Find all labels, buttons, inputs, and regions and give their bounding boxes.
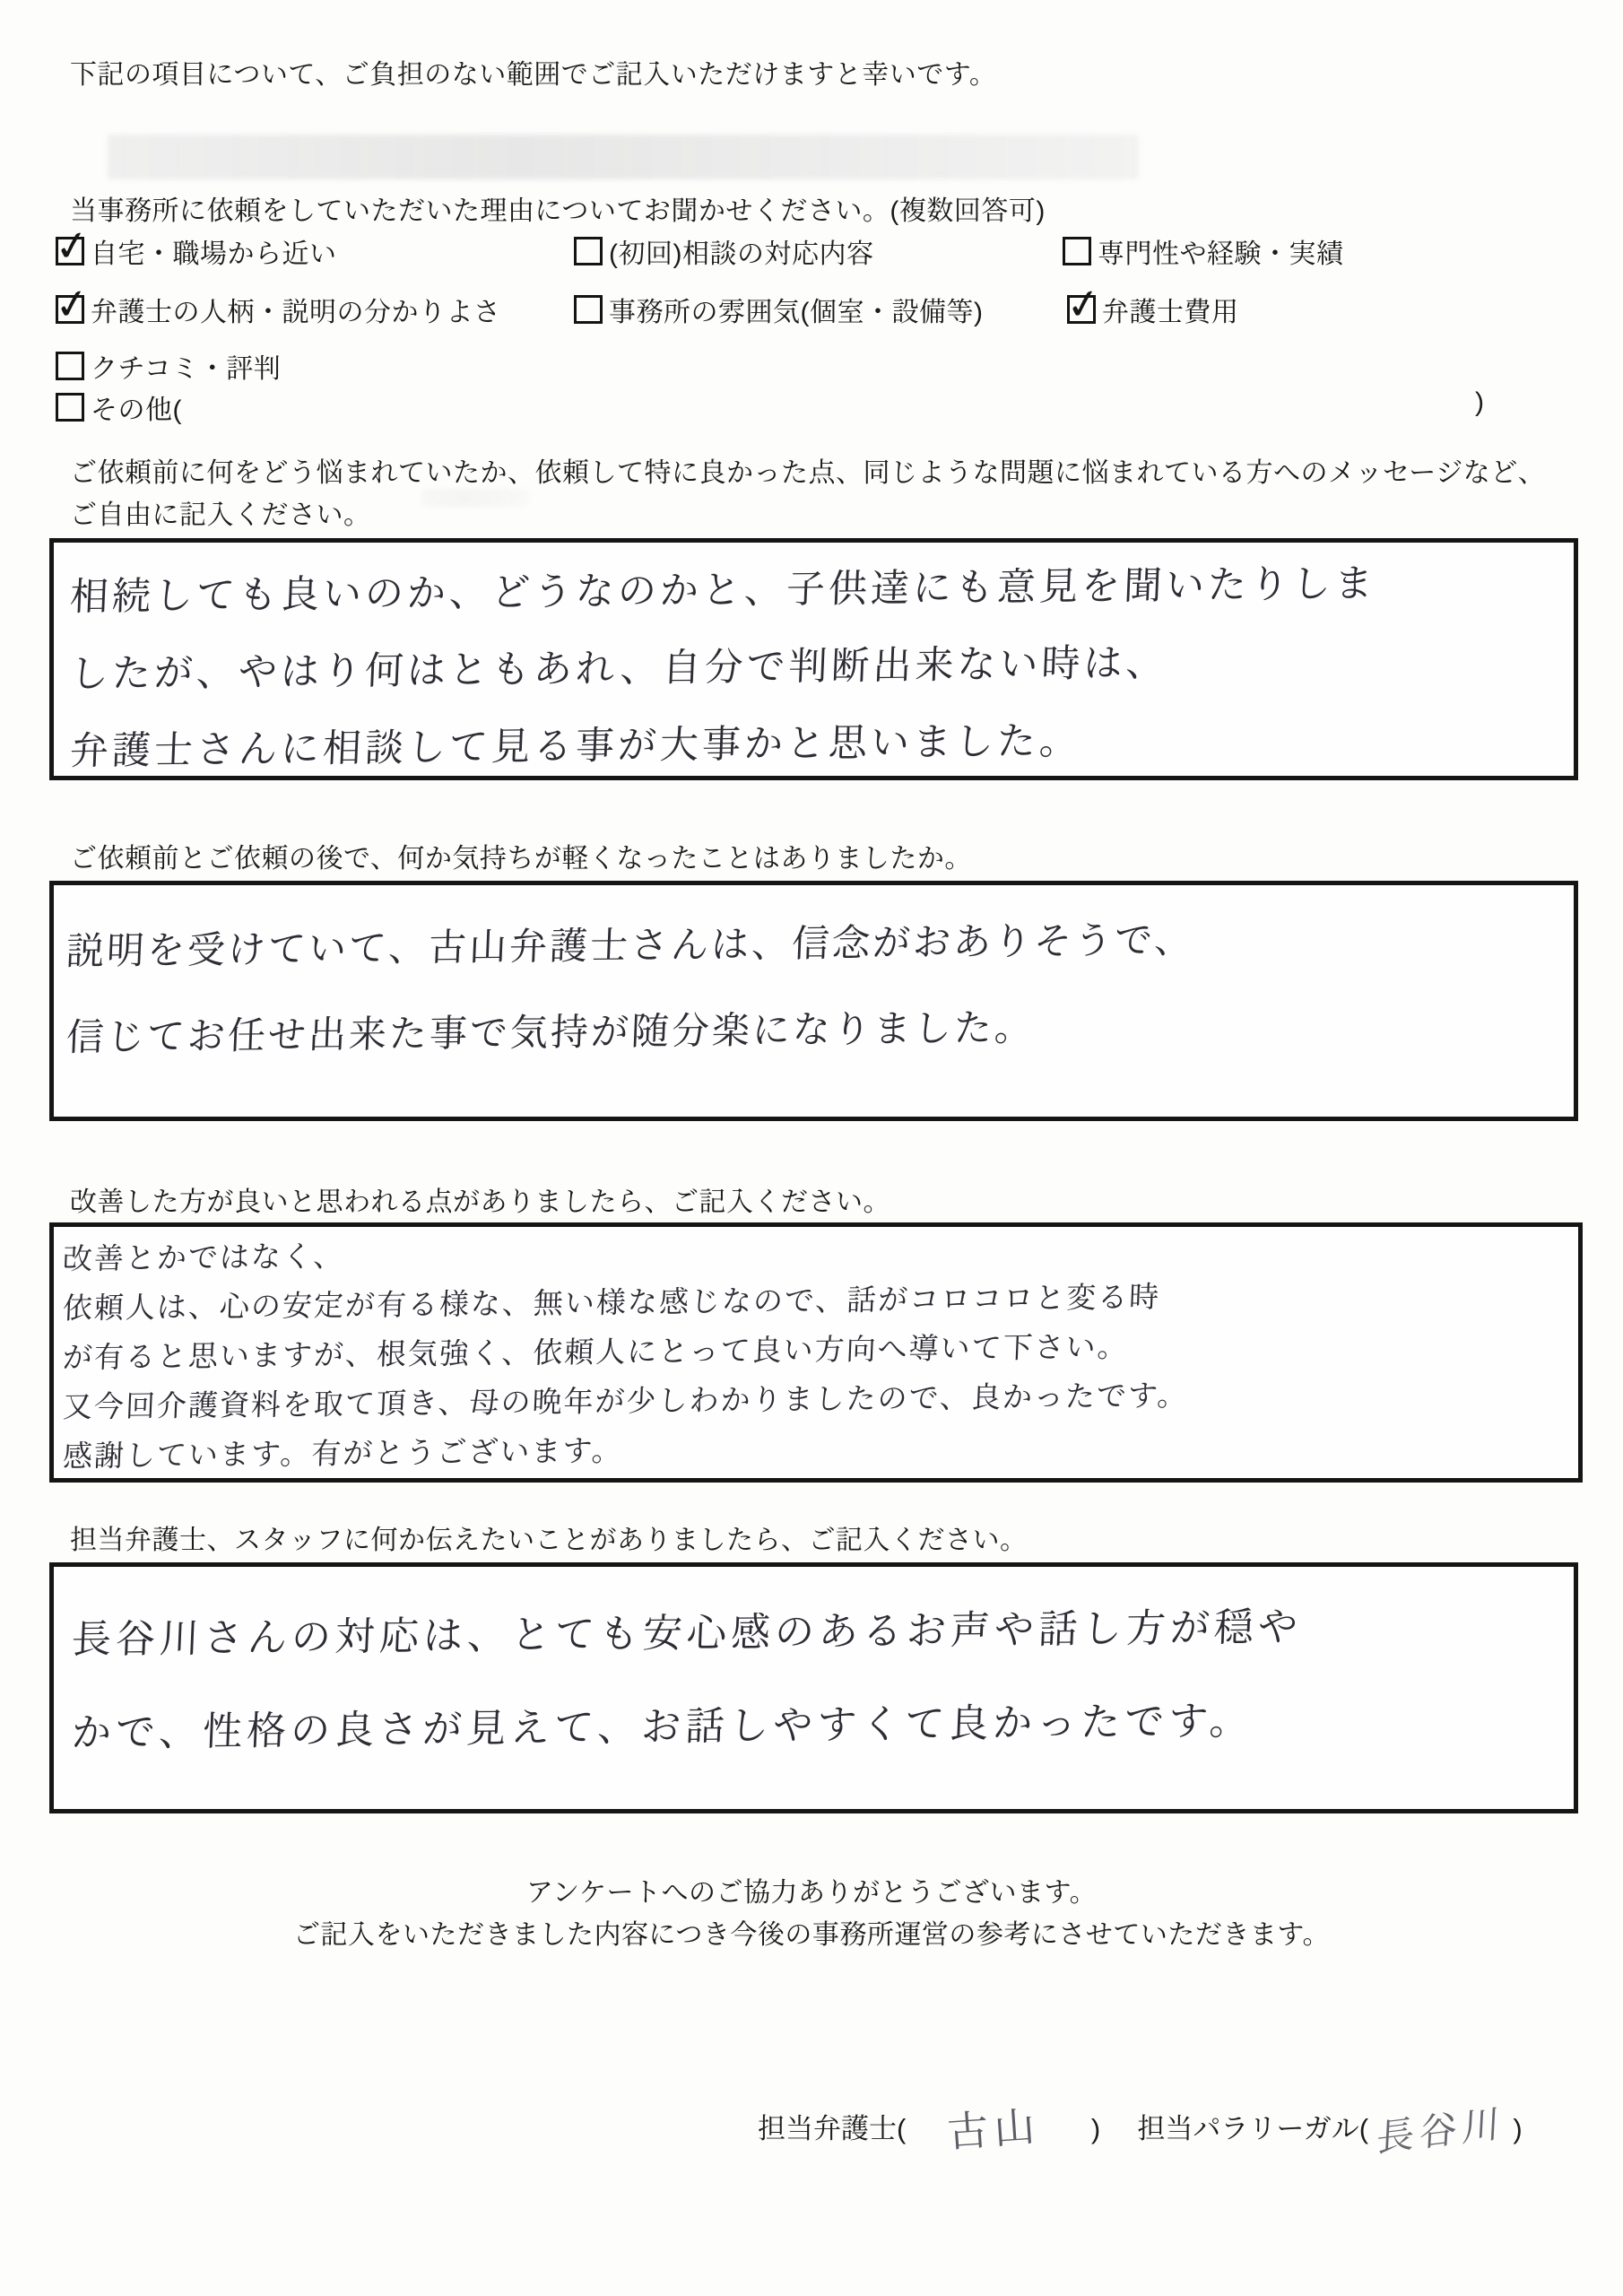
checkbox-label: 弁護士の人柄・説明の分かりよさ [91, 290, 501, 329]
checkbox-label: その他( [91, 387, 182, 427]
checkbox-icon [1063, 237, 1091, 265]
handwriting-line: 長谷川さんの対応は、とても安心感のあるお声や話し方が穏や [70, 1578, 1567, 1687]
paralegal-label: 担当パラリーガル( [1137, 2113, 1368, 2144]
checkbox-option-atmosphere[interactable]: 事務所の雰囲気(個室・設備等) [574, 290, 983, 329]
lawyer-label: 担当弁護士( [758, 2113, 906, 2144]
footer-note: ご記入をいただきました内容につき今後の事務所運営の参考にさせていただきます。 [0, 1912, 1623, 1952]
writein-box-message-to-staff[interactable]: 長谷川さんの対応は、とても安心感のあるお声や話し方が穏や かで、性格の良さが見え… [49, 1562, 1578, 1813]
scan-artifact [108, 135, 1139, 179]
checkbox-icon [56, 237, 84, 265]
checkbox-icon [56, 352, 84, 380]
checkbox-label: 事務所の雰囲気(個室・設備等) [609, 290, 983, 329]
signature-row: 担当弁護士( 古山 ) 担当パラリーガル( 長谷川 ) [758, 2097, 1523, 2156]
handwriting-line: 弁護士さんに相談して見る事が大事かと思いました。 [68, 698, 1567, 790]
checkbox-option-reviews[interactable]: クチコミ・評判 [56, 346, 281, 386]
checkbox-icon [56, 393, 84, 422]
checkbox-option-expertise[interactable]: 専門性や経験・実績 [1063, 231, 1344, 271]
handwriting-line: 説明を受けていて、古山弁護士さんは、信念がおありそうで、 [65, 892, 1567, 995]
lawyer-close-paren: ) [1091, 2113, 1100, 2144]
writein-box-before-request[interactable]: 相続しても良いのか、どうなのかと、子供達にも意見を聞いたりしま したが、やはり何… [49, 538, 1578, 780]
checkbox-icon [574, 295, 603, 324]
other-option-close-paren: ) [1475, 387, 1485, 418]
checkbox-option-other[interactable]: その他( [56, 387, 182, 427]
intro-text: 下記の項目について、ご負担のない範囲でご記入いただけますと幸いです。 [70, 52, 996, 91]
checkbox-label: 弁護士費用 [1102, 290, 1239, 329]
handwriting-line: 信じてお任せ出来た事で気持が随分楽になりました。 [65, 978, 1567, 1081]
checkbox-option-personality[interactable]: 弁護士の人柄・説明の分かりよさ [56, 290, 501, 329]
footer-thanks: アンケートへのご協力ありがとうございます。 [0, 1870, 1623, 1909]
reasons-question: 当事務所に依頼をしていただいた理由についてお聞かせください。(複数回答可) [70, 188, 1046, 228]
paralegal-close-paren: ) [1513, 2113, 1522, 2144]
writein-box-improvements[interactable]: 改善とかではなく、 依頼人は、心の安定が有る様な、無い様な感じなので、話がコロコ… [49, 1222, 1583, 1483]
checkbox-option-first-consult[interactable]: (初回)相談の対応内容 [574, 231, 873, 271]
section-prompt-before-request: ご依頼前に何をどう悩まれていたか、依頼して特に良かった点、同じような問題に悩まれ… [70, 453, 1558, 536]
checkbox-icon [1067, 295, 1096, 324]
checkbox-label: 自宅・職場から近い [91, 231, 337, 271]
checkbox-label: 専門性や経験・実績 [1098, 231, 1344, 271]
checkbox-label: クチコミ・評判 [91, 346, 281, 386]
section-prompt-improvements: 改善した方が良いと思われる点がありましたら、ご記入ください。 [70, 1182, 1558, 1224]
checkbox-icon [56, 295, 84, 324]
lawyer-name-handwritten: 古山 [944, 2093, 1041, 2159]
checkbox-option-near-home[interactable]: 自宅・職場から近い [56, 231, 337, 271]
handwriting-line: かで、性格の良さが見えて、お話しやすくて良かったです。 [70, 1672, 1567, 1780]
checkbox-label: (初回)相談の対応内容 [609, 231, 873, 271]
paralegal-name-handwritten: 長谷川 [1376, 2093, 1506, 2163]
checkbox-option-fees[interactable]: 弁護士費用 [1067, 290, 1239, 329]
survey-scan-page: 下記の項目について、ご負担のない範囲でご記入いただけますと幸いです。 当事務所に… [0, 0, 1623, 2296]
section-prompt-message-to-staff: 担当弁護士、スタッフに何か伝えたいことがありましたら、ご記入ください。 [70, 1520, 1558, 1562]
section-prompt-feel-lighter: ご依頼前とご依頼の後で、何か気持ちが軽くなったことはありましたか。 [70, 839, 1558, 881]
checkbox-icon [574, 237, 603, 265]
writein-box-feel-lighter[interactable]: 説明を受けていて、古山弁護士さんは、信念がおありそうで、 信じてお任せ出来た事で… [49, 881, 1578, 1121]
